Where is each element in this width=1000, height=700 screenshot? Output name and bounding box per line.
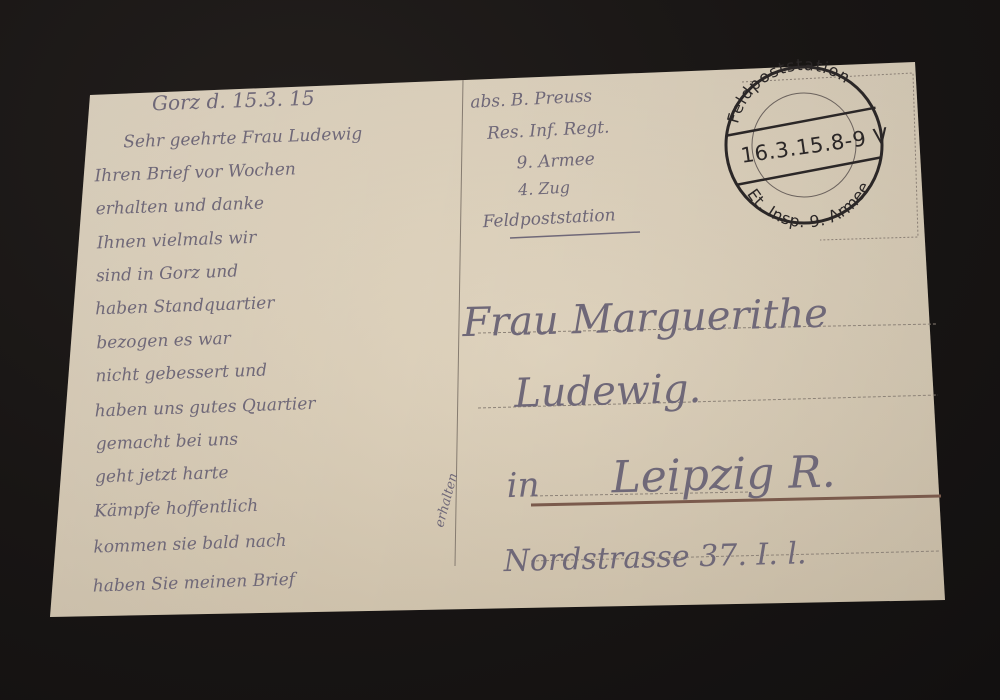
message-line: haben uns gutes Quartier <box>94 394 316 422</box>
sender-line: abs. B. Preuss <box>470 86 593 112</box>
address-name: Ludewig. <box>513 366 702 417</box>
sender-underline <box>510 232 640 238</box>
message-line: gemacht bei uns <box>96 430 239 455</box>
sender-block: abs. B. Preuss Res. Inf. Regt. 9. Armee … <box>470 85 616 232</box>
message-line: Ihnen vielmals wir <box>96 228 258 254</box>
message-line: haben Standquartier <box>95 293 276 319</box>
message-line: haben Sie meinen Brief <box>92 570 298 597</box>
recipient-address: Frau Marguerithe Ludewig. in Leipzig R. … <box>461 291 838 581</box>
message-line: kommen sie bald nach <box>93 531 287 558</box>
address-salutation: Frau Marguerithe <box>461 291 829 347</box>
message-line: Ihren Brief vor Wochen <box>93 159 296 186</box>
address-street: Nordstrasse 37. I. l. <box>502 536 807 579</box>
message-margin-note: erhalten <box>432 472 461 529</box>
message-line: Kämpfe hoffentlich <box>93 496 259 522</box>
sender-line: Feldpoststation <box>481 205 616 232</box>
message-text: Gorz d. 15.3. 15 Sehr geehrte Frau Ludew… <box>76 84 379 597</box>
message-line: geht jetzt harte <box>95 463 229 488</box>
postmark-stamp: Feldpoststation 16.3.15.8-9 V Et. Insp. … <box>714 44 900 241</box>
message-line: Sehr geehrte Frau Ludewig <box>123 124 363 152</box>
message-line: sind in Gorz und <box>96 261 239 286</box>
sender-line: Res. Inf. Regt. <box>486 117 610 143</box>
message-line: bezogen es war <box>96 329 232 354</box>
postcard-content: Feldpoststation 16.3.15.8-9 V Et. Insp. … <box>0 0 1000 700</box>
message-line: erhalten und danke <box>95 193 264 219</box>
message-line: nicht gebessert und <box>95 360 267 386</box>
address-city-prefix: in <box>506 465 540 506</box>
sender-line: 4. Zug <box>517 178 571 200</box>
message-dateline: Gorz d. 15.3. 15 <box>152 86 315 116</box>
sender-line: 9. Armee <box>516 149 595 173</box>
address-city: Leipzig R. <box>610 446 836 503</box>
